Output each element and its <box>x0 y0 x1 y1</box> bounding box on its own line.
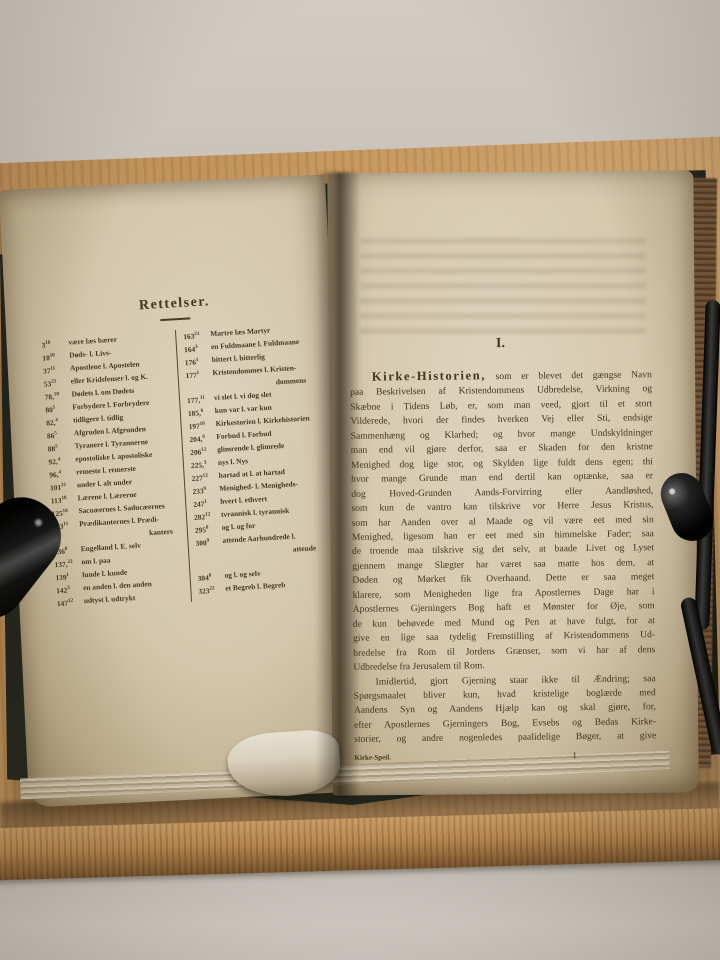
errata-page-text: Rettelser. 310være læs bærer1810Døds- l.… <box>33 288 333 610</box>
photo-of-open-book: Rettelser. 310være læs bærer1810Døds- l.… <box>0 0 720 960</box>
errata-column-2: 16321Martre læs Martyr1643en Fuldmaane l… <box>176 322 333 602</box>
chapter-number: I. <box>349 334 651 354</box>
heading-rule <box>160 317 190 321</box>
chapter-page-text: I. Kirke-Historien, som er blevet det gæ… <box>349 334 656 765</box>
show-through-text <box>360 238 646 334</box>
body-text: Kirke-Historien, som er blevet det gængs… <box>350 366 657 747</box>
signature-mark: Kirke-Speil. <box>354 753 390 761</box>
body-line: storier, og andre nogenledes paalidelige… <box>354 729 656 747</box>
page-number: 1 <box>572 750 577 760</box>
errata-column-1: 310være læs bærer1810Døds- l. Livs-3711A… <box>35 330 192 610</box>
